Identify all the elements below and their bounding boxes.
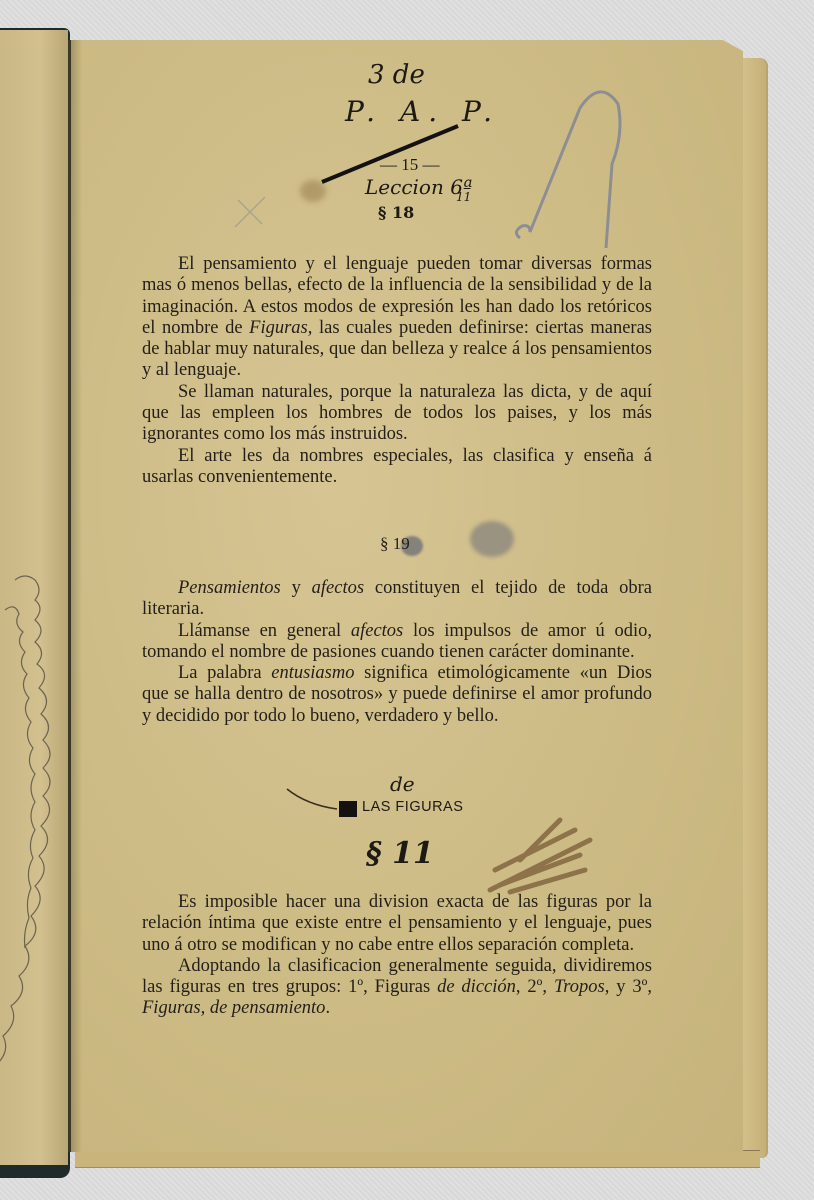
pencil-loop-doodle-icon (510, 88, 630, 248)
text-segment: . (325, 998, 330, 1018)
paragraph: Es imposible hacer una division exacta d… (142, 892, 652, 956)
paragraph-block-1: El pensamiento y el lenguaje pueden toma… (142, 254, 652, 488)
text-segment: , 2º, (516, 977, 554, 997)
paragraph: El arte les da nombres especiales, las c… (142, 446, 652, 489)
left-page-edge (0, 30, 68, 1165)
ink-stroke (285, 785, 345, 815)
handwritten-section-strike: § 11 (366, 836, 434, 871)
brown-smudge (480, 800, 600, 900)
paragraph-block-2: Pensamientos y afectos constituyen el te… (142, 578, 652, 727)
paragraph: Llámanse en general afectos los impulsos… (142, 621, 652, 664)
paragraph: Adoptando la clasificacion generalmente … (142, 956, 652, 1020)
paragraph: Se llaman naturales, porque la naturalez… (142, 382, 652, 446)
text-segment: y (281, 578, 312, 598)
paragraph: La palabra entusiasmo significa etimológ… (142, 663, 652, 727)
handwritten-lesson-sub: 11 (456, 190, 471, 204)
text-segment: Se llaman naturales, porque la naturalez… (142, 382, 652, 445)
page-stack-bottom (75, 1150, 760, 1168)
page-number: — 15 — (380, 155, 440, 175)
italic-term: entusiasmo (271, 663, 354, 683)
stain (470, 521, 514, 557)
handwritten-de: de (390, 772, 415, 796)
section-heading-19: § 19 (380, 534, 410, 554)
text-segment: Llámanse en general (178, 621, 351, 641)
text-segment: Es imposible hacer una division exacta d… (142, 892, 652, 955)
italic-term: afectos (351, 621, 403, 641)
text-segment: La palabra (178, 663, 271, 683)
handwritten-note-top: 3 de (368, 60, 425, 90)
paragraph: Pensamientos y afectos constituyen el te… (142, 578, 652, 621)
handwritten-section-mark: § 18 (378, 203, 414, 222)
paragraph-block-3: Es imposible hacer una division exacta d… (142, 892, 652, 1020)
italic-term: de dicción (437, 977, 516, 997)
text-segment: El arte les da nombres especiales, las c… (142, 446, 652, 487)
gutter-shadow (68, 40, 82, 1152)
pencil-x-mark-icon (230, 192, 270, 232)
italic-term: Figuras (249, 318, 308, 338)
paragraph: El pensamiento y el lenguaje pueden toma… (142, 254, 652, 382)
italic-term: Tropos (554, 977, 605, 997)
ink-blot (339, 801, 357, 817)
section-heading-las-figuras: LAS FIGURAS (362, 799, 463, 815)
italic-term: Figuras, de pensamiento (142, 998, 325, 1018)
italic-term: afectos (312, 578, 364, 598)
text-segment: , y 3º, (605, 977, 652, 997)
pencil-doodle-icon (0, 570, 60, 1190)
italic-term: Pensamientos (178, 578, 281, 598)
